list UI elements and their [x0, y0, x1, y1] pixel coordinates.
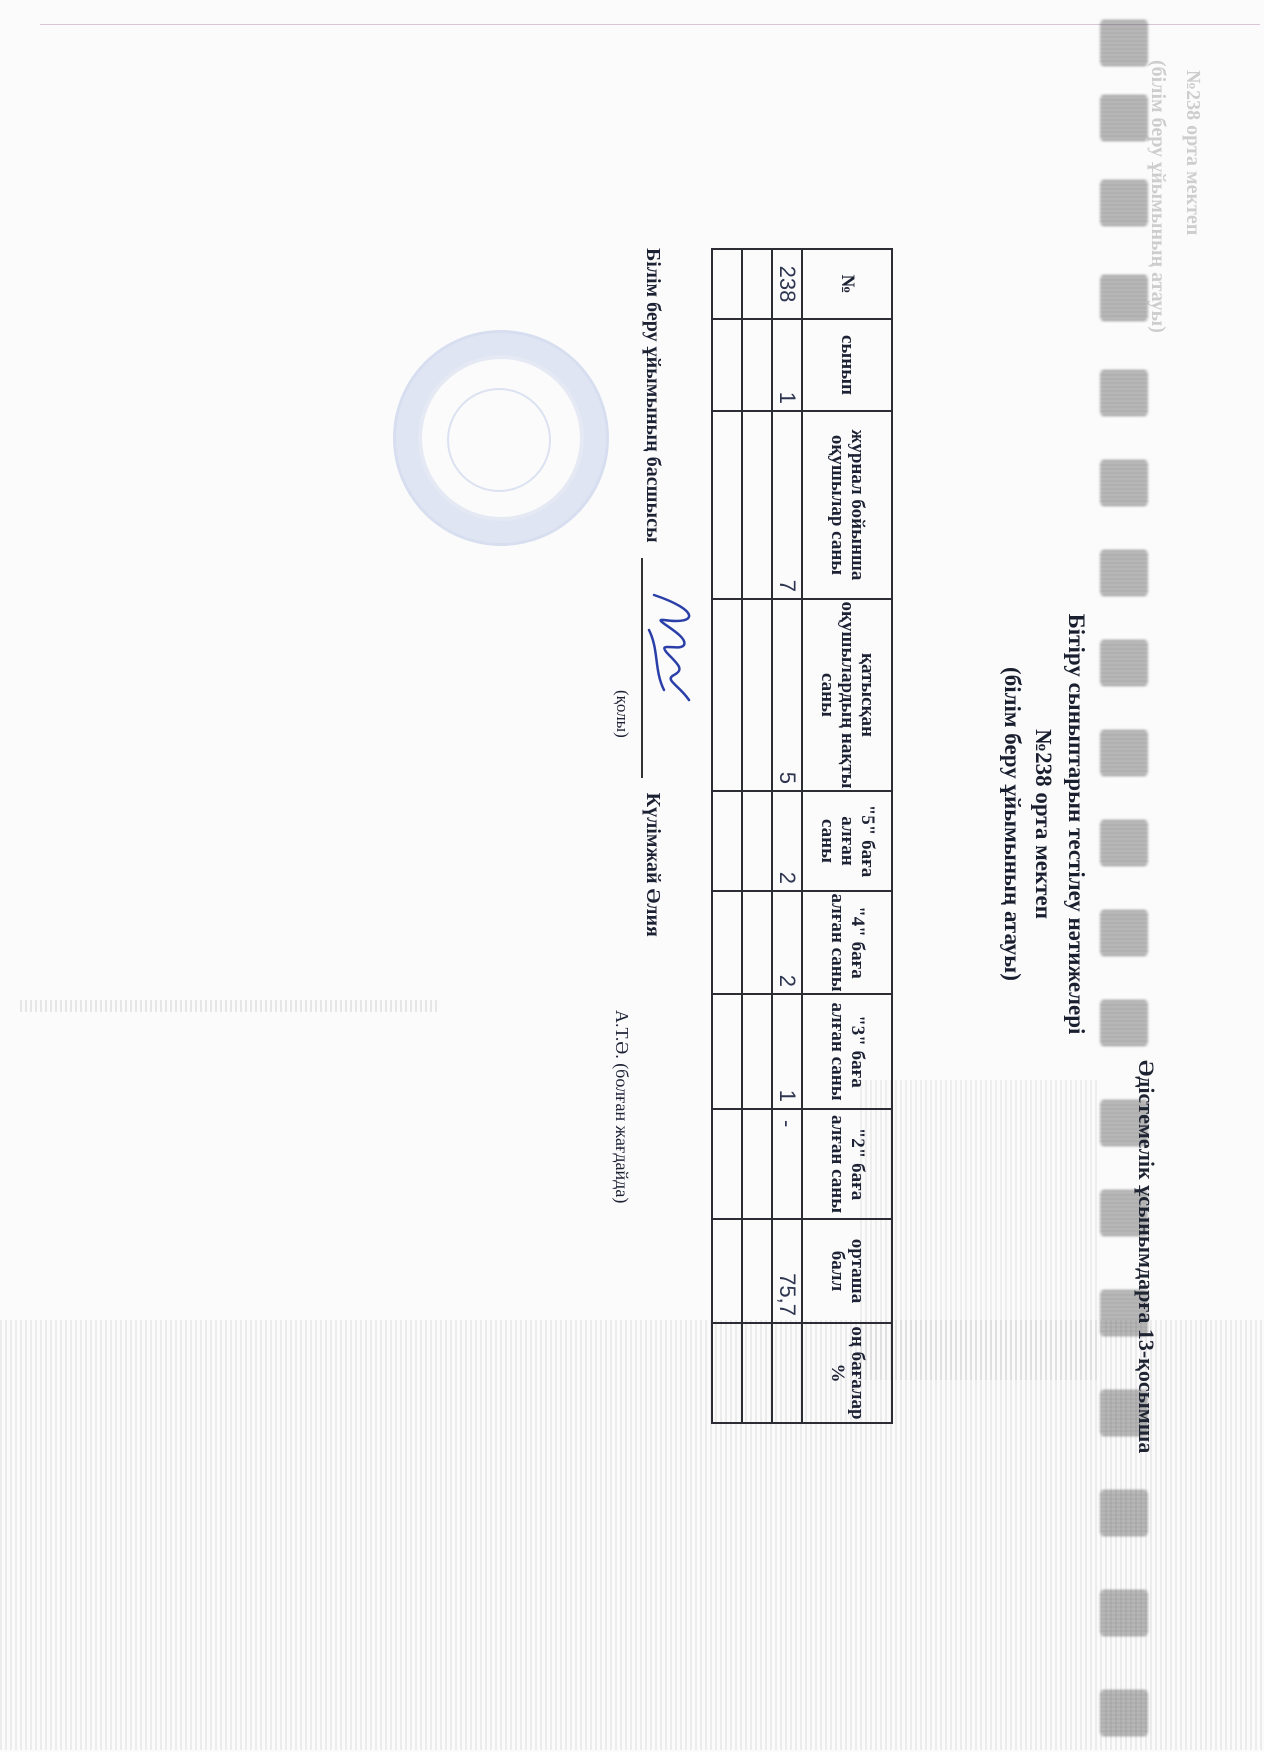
cell-grade4: 2: [772, 891, 802, 994]
ghost-text: №238 орта мектеп: [1181, 70, 1204, 235]
table-header-row: № сынып журнал бойынша оқушылар саны қат…: [802, 249, 892, 1423]
cell-grade5: 2: [772, 791, 802, 891]
results-table: № сынып журнал бойынша оқушылар саны қат…: [711, 248, 893, 1424]
fio-note: А.Т.Ә. (болған жағдайда): [611, 1010, 632, 1203]
handwritten-signature-icon: [639, 590, 709, 710]
col-header-number: №: [802, 249, 892, 319]
cell: [742, 891, 772, 994]
table-row: [712, 249, 742, 1423]
document-page: №238 орта мектеп (білім беру ұйымының ат…: [0, 0, 1264, 1752]
cell: [712, 599, 742, 791]
school-name: №238 орта мектеп: [1030, 0, 1056, 1680]
cell: [742, 599, 772, 791]
col-header-grade3: "3" баға алған саны: [802, 994, 892, 1109]
signatory-role: Білім беру ұйымының басшысы: [641, 248, 664, 543]
signatory-name: Күлімжай Әлия: [641, 793, 664, 937]
official-stamp: [393, 330, 609, 546]
cell: [712, 1219, 742, 1323]
cell: [712, 994, 742, 1109]
cell-enrolled: 7: [772, 411, 802, 599]
col-header-participated: қатысқан оқушылардың нақты саны: [802, 599, 892, 791]
cell: [712, 319, 742, 411]
cell: [712, 891, 742, 994]
table-row: [742, 249, 772, 1423]
cell: [742, 1219, 772, 1323]
col-header-grade2: "2" баға алған саны: [802, 1109, 892, 1219]
ghost-text: (білім беру ұйымының атауы): [1146, 60, 1169, 333]
col-header-average: орташа балл: [802, 1219, 892, 1323]
document-title: Бітіру сыныптарын тестілеу нәтижелері: [1063, 0, 1089, 1680]
cell: [742, 319, 772, 411]
cell: [742, 791, 772, 891]
cell: [742, 1323, 772, 1423]
col-header-grade5: "5" баға алған саны: [802, 791, 892, 891]
col-header-enrolled: журнал бойынша оқушылар саны: [802, 411, 892, 599]
cell: [742, 1109, 772, 1219]
cell: [742, 994, 772, 1109]
signature-caption: (қолы): [612, 690, 632, 738]
cell: [712, 1109, 742, 1219]
col-header-positive-percent: оң бағалар %: [802, 1323, 892, 1423]
cell-number: 238: [772, 249, 802, 319]
cell: [712, 1323, 742, 1423]
annex-label: Әдістемелік ұсынымдарға 13-қосымша: [1133, 1060, 1159, 1453]
col-header-class: сынып: [802, 319, 892, 411]
col-header-grade4: "4" баға алған саны: [802, 891, 892, 994]
cell: [712, 249, 742, 319]
cell: [742, 249, 772, 319]
school-caption: (білім беру ұйымының атауы): [999, 0, 1025, 1680]
table-row: 238 1 7 5 2 2 1 - 75,7: [772, 249, 802, 1423]
cell: [742, 411, 772, 599]
stamp-emblem: [447, 388, 551, 492]
cell-participated: 5: [772, 599, 802, 791]
cell-grade3: 1: [772, 994, 802, 1109]
cell-average: 75,7: [772, 1219, 802, 1323]
cell-grade2: -: [772, 1109, 802, 1219]
cell: [712, 411, 742, 599]
cell-positive-percent: [772, 1323, 802, 1423]
cell: [712, 791, 742, 891]
cell-class: 1: [772, 319, 802, 411]
